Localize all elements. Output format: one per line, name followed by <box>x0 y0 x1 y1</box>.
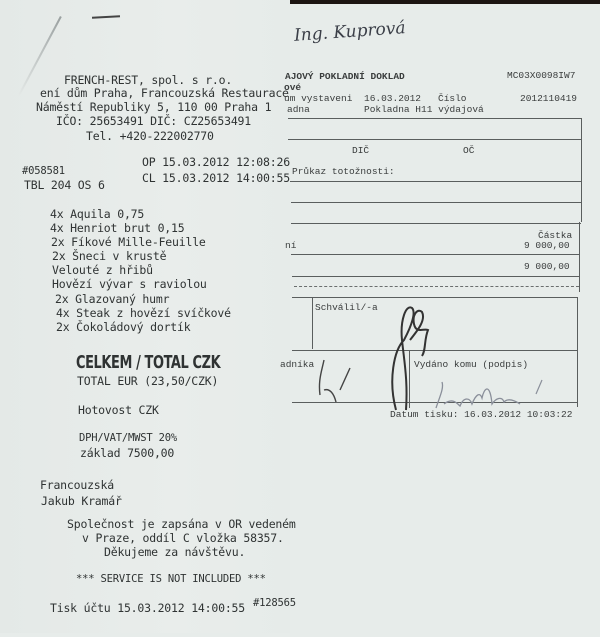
form-line <box>288 118 582 119</box>
item-name: 2x Fíkové Mille-Feuille <box>51 235 206 249</box>
dashed-separator <box>294 286 579 287</box>
item-name: 2x Čokoládový dortík <box>56 320 190 334</box>
registration-line-1: Společnost je zapsána v OR vedeném <box>67 517 296 531</box>
form-line <box>292 276 579 277</box>
sum-amount: 9 000,00 <box>524 261 570 272</box>
closed-time: CL 15.03.2012 14:00:55 <box>142 171 290 185</box>
approved-label: Schválil/-a <box>315 302 378 313</box>
item-name: 4x Aquila 0,75 <box>50 207 144 221</box>
form-line <box>291 254 579 255</box>
form-line <box>292 297 577 298</box>
bill-number: #058581 <box>22 165 65 177</box>
number-label: Číslo <box>438 93 467 104</box>
item-name: Velouté z hřibů <box>52 263 153 277</box>
vat-base-label: základ 7500,00 <box>80 446 174 460</box>
company-name: FRENCH-REST, spol. s r.o. <box>64 73 232 87</box>
total-czk-label: CELKEM / TOTAL CZK <box>76 352 220 373</box>
opened-time: OP 15.03.2012 12:08:26 <box>142 155 290 169</box>
item-name: 2x Glazovaný humr <box>55 292 169 306</box>
recipient-signature <box>430 368 550 418</box>
table-info: TBL 204 OS 6 <box>24 178 105 192</box>
restaurant-receipt: FRENCH-REST, spol. s r.o. ení dům Praha,… <box>0 0 290 633</box>
company-address: Náměstí Republiky 5, 110 00 Praha 1 <box>36 100 271 114</box>
registration-line-2: v Praze, oddíl C vložka 58357. <box>82 531 284 545</box>
vat-label: DPH/VAT/MWST 20% <box>79 432 177 444</box>
form-line <box>288 139 581 140</box>
form-border-right <box>581 118 582 222</box>
fold-mark-top <box>92 15 120 18</box>
cashbox-label: adna <box>287 104 310 115</box>
voucher-title: AJOVÝ POKLADNÍ DOKLAD <box>285 71 405 82</box>
cash-voucher-form: AJOVÝ POKLADNÍ DOKLAD MC03X0098IW7 ové u… <box>282 0 600 637</box>
item-name: 2x Šneci v krustě <box>52 249 166 263</box>
print-time: Tisk účtu 15.03.2012 14:00:55 <box>50 601 245 615</box>
issued-label: um vystaveni <box>284 93 352 104</box>
location-name: Francouzská <box>40 478 114 492</box>
id-card-label: Průkaz totožnosti: <box>292 166 395 177</box>
dic-label: DIČ <box>352 145 369 156</box>
company-phone: Tel. +420-222002770 <box>86 129 214 143</box>
company-line-2: ení dům Praha, Francouzská Restaurace <box>40 86 289 100</box>
form-divider <box>312 297 313 349</box>
cashier-signature <box>310 350 370 410</box>
form-line <box>291 202 581 203</box>
fold-mark <box>18 16 62 96</box>
number-value: 2012110419 <box>520 93 577 104</box>
waiter-name: Jakub Kramář <box>41 494 122 508</box>
total-eur-label: TOTAL EUR (23,50/CZK) <box>77 374 218 388</box>
form-border-right <box>577 297 578 407</box>
item-name: 4x Steak z hovězí svíčkové <box>56 306 231 320</box>
voucher-code: MC03X0098IW7 <box>507 70 575 81</box>
cash-label: Hotovost CZK <box>78 403 159 417</box>
cashbox-value: Pokladna H11 výdajová <box>364 104 484 115</box>
thank-you: Děkujeme za návštěvu. <box>104 545 245 559</box>
item-name: Hovězí vývar s raviolou <box>52 277 207 291</box>
company-ids: IČO: 25653491 DIČ: CZ25653491 <box>56 114 251 128</box>
voucher-subtitle: ové <box>284 82 301 93</box>
service-note: *** SERVICE IS NOT INCLUDED *** <box>76 573 266 585</box>
oc-label: OČ <box>463 145 474 156</box>
form-line <box>290 181 581 182</box>
form-border-right <box>579 222 580 292</box>
issued-date: 16.03.2012 <box>364 93 421 104</box>
row-label: ní <box>285 240 296 251</box>
row-amount: 9 000,00 <box>524 240 570 251</box>
item-name: 4x Henriot brut 0,15 <box>50 221 184 235</box>
form-line <box>291 223 581 224</box>
